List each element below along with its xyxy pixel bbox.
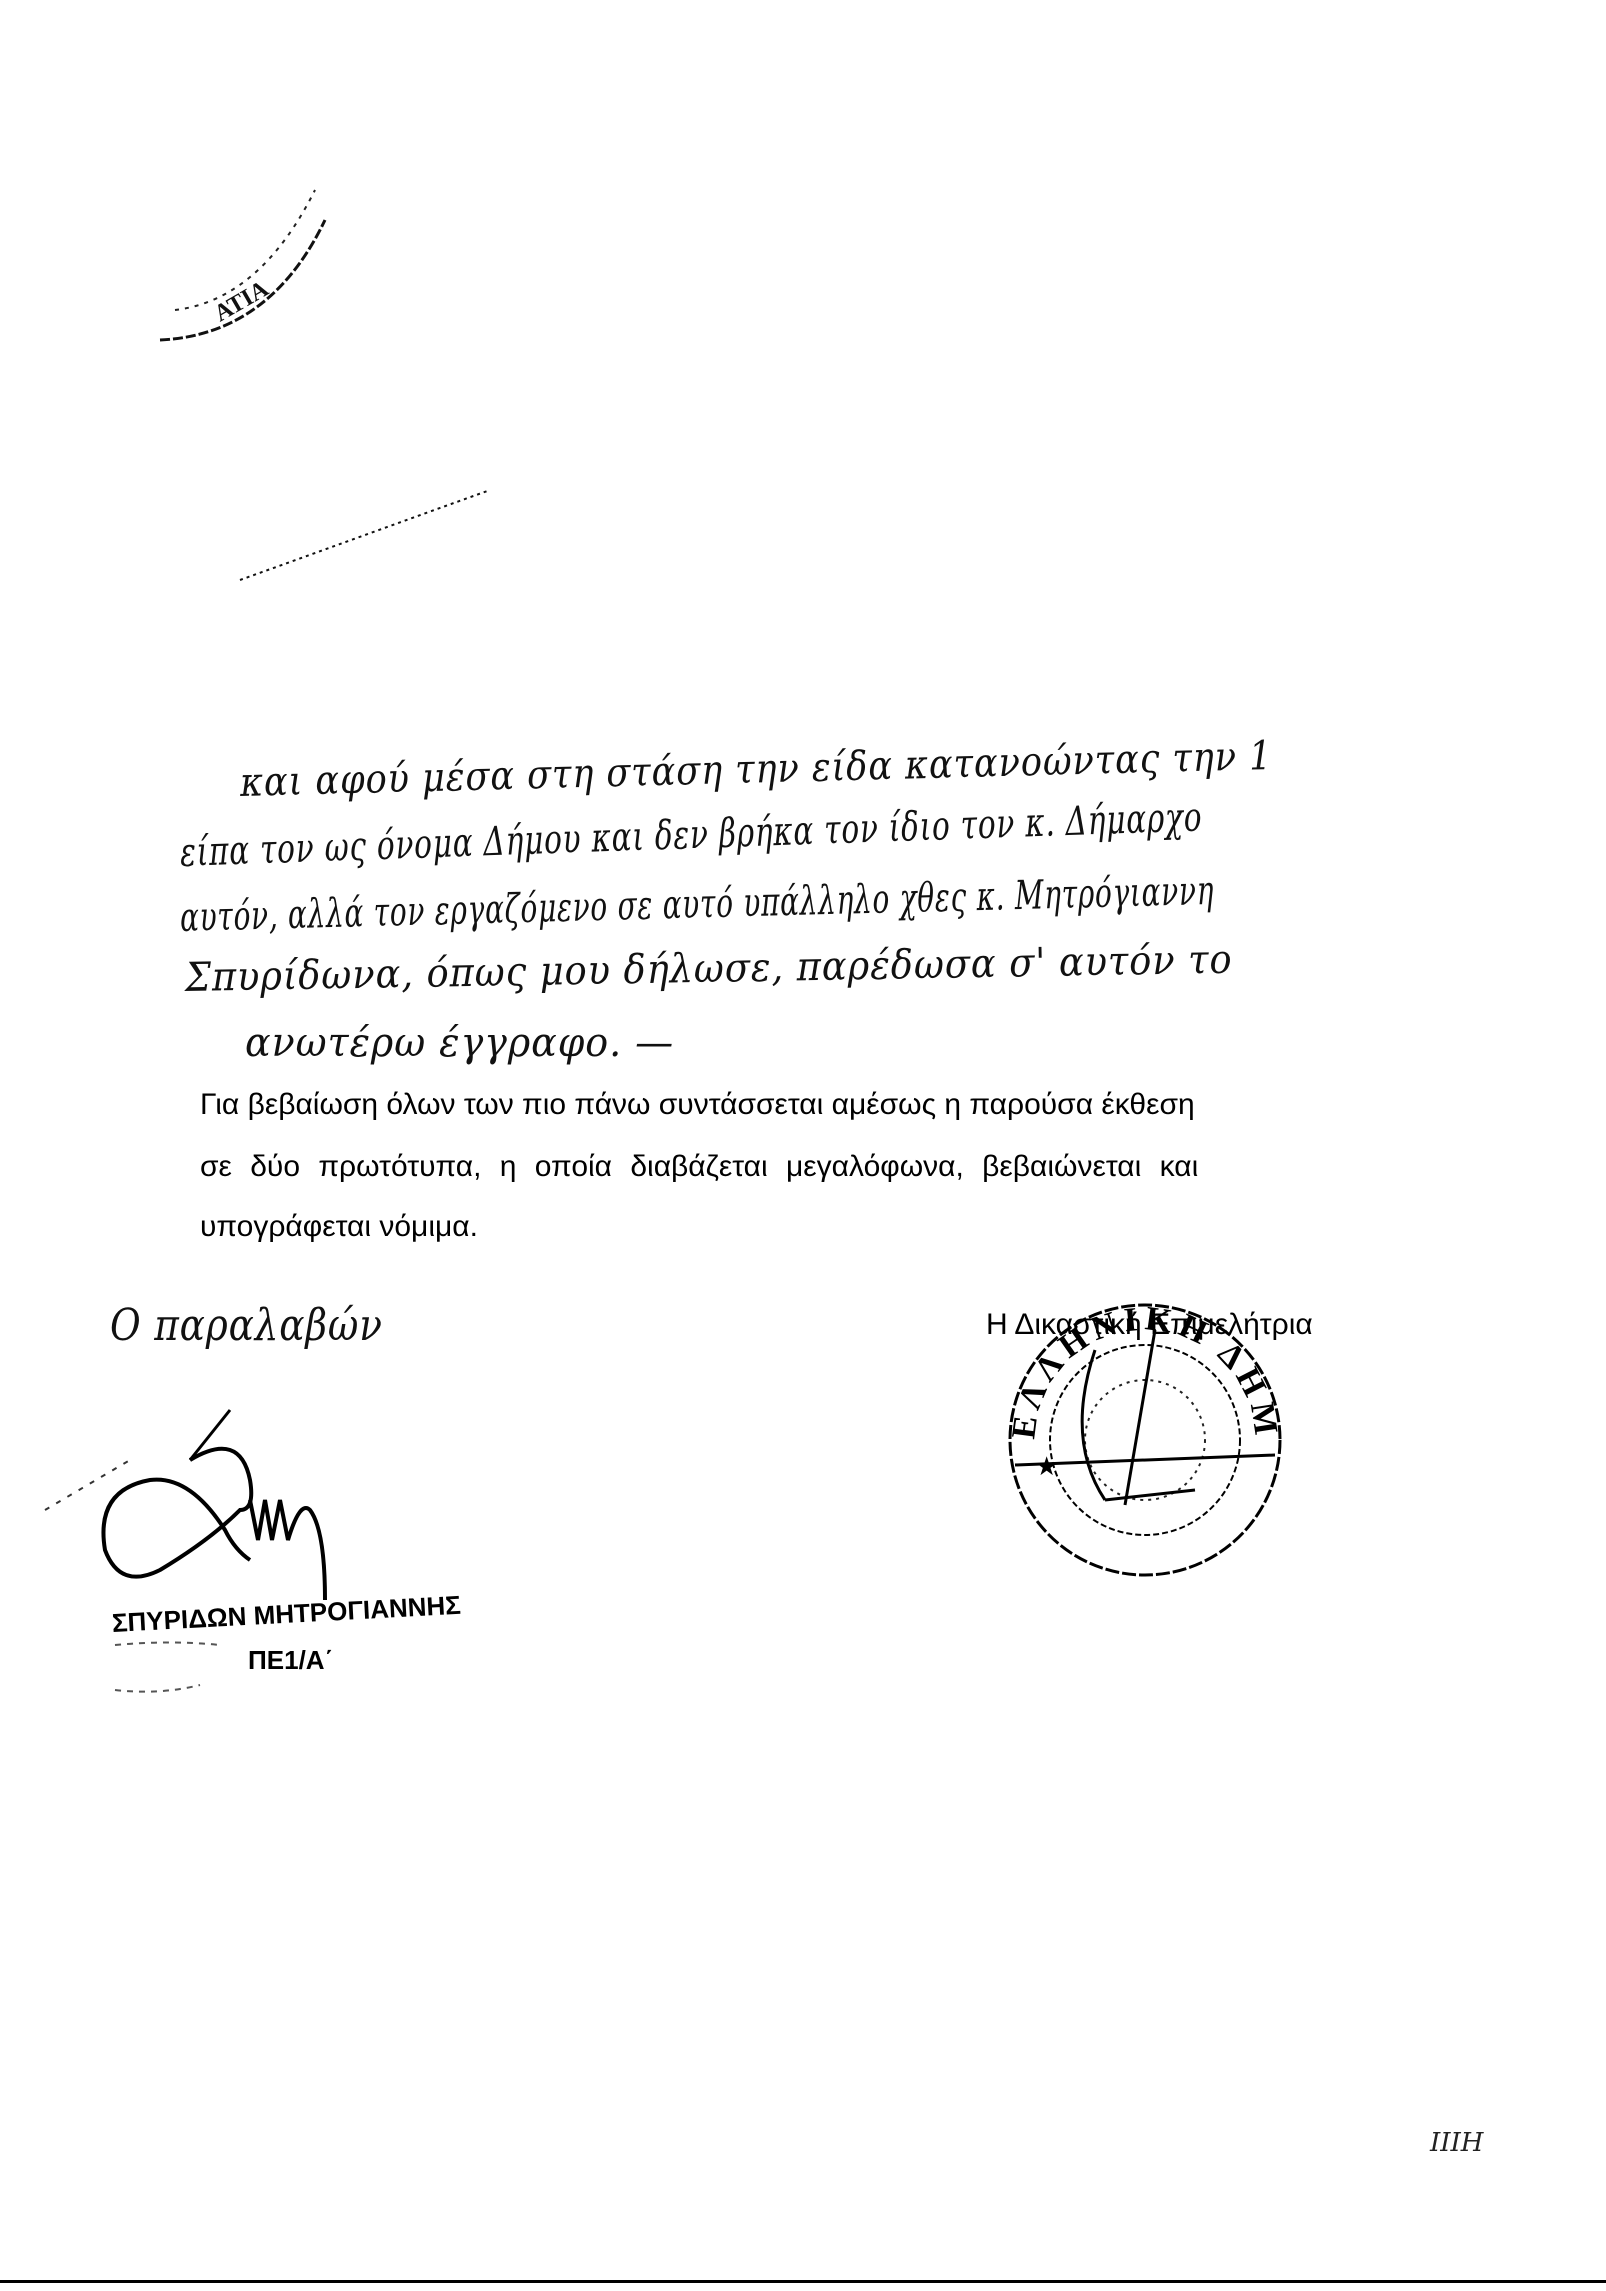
bailiff-title: Η Δικαστική Επιμελήτρια bbox=[986, 1308, 1313, 1342]
handwritten-line: και αφού μέσα στη στάση την είδα κατανοώ… bbox=[239, 733, 1272, 806]
left-faint-stamp-lines bbox=[110, 1640, 270, 1700]
page-mark: ΙΙΙΗ bbox=[1430, 2128, 1484, 2158]
partial-stamp-top-left: ΑΤΙΑ bbox=[150, 170, 350, 360]
recipient-signature bbox=[40, 1400, 360, 1600]
handwritten-line: ανωτέρω έγγραφο. — bbox=[245, 1020, 674, 1066]
recipient-handwritten-label: Ο παραλαβών bbox=[110, 1300, 383, 1351]
svg-text:★: ★ bbox=[1035, 1451, 1058, 1481]
dotted-diagonal-line bbox=[240, 470, 500, 590]
svg-text:ΕΛΛΗΝΙΚΗ ΔΗΜΟΚΡΑΤΙΑ: ΕΛΛΗΝΙΚΗ ΔΗΜΟΚΡΑΤΙΑ bbox=[979, 1261, 1285, 1443]
typed-line: Για βεβαίωση όλων των πιο πάνω συντάσσετ… bbox=[200, 1088, 1195, 1122]
typed-line: υπογράφεται νόμιμα. bbox=[200, 1210, 478, 1244]
scan-edge-line bbox=[0, 2280, 1606, 2283]
typed-line: σε δύο πρωτότυπα, η οποία διαβάζεται μεγ… bbox=[200, 1150, 1198, 1184]
handwritten-line: Σπυρίδωνα, όπως μου δήλωσε, παρέδωσα σ' … bbox=[185, 937, 1233, 1001]
handwritten-line: αυτόν, αλλά τον εργαζόμενο σε αυτό υπάλλ… bbox=[179, 868, 1214, 941]
handwritten-line: είπα τον ως όνομα Δήμου και δεν βρήκα το… bbox=[179, 794, 1203, 876]
